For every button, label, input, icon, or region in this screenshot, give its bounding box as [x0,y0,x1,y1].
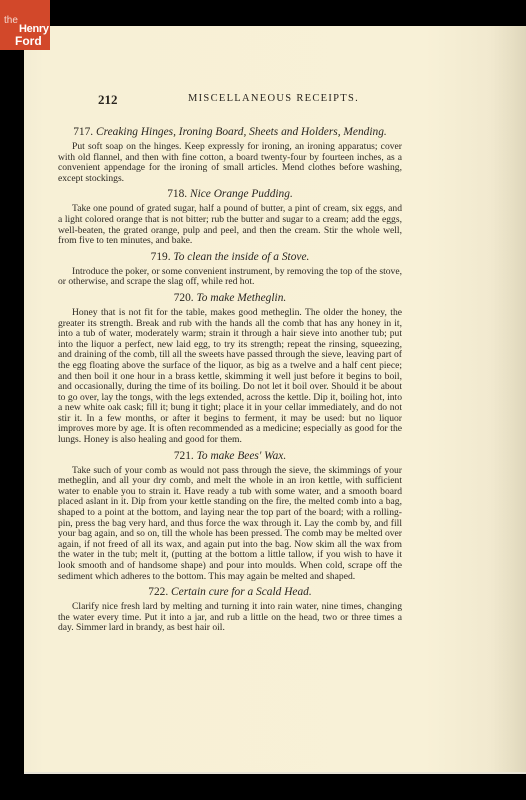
recipe-721: 721. To make Bees' Wax. Take such of you… [58,450,402,583]
henry-ford-logo: the Henry Ford [0,0,50,50]
recipe-720: 720. To make Metheglin. Honey that is no… [58,292,402,446]
page-bottom-edge [24,772,526,774]
page-number: 212 [98,92,118,108]
recipe-722: 722. Certain cure for a Scald Head. Clar… [58,586,402,634]
page-content: 717. Creaking Hinges, Ironing Board, She… [58,122,402,638]
running-head-title: MISCELLANEOUS RECEIPTS. [188,93,359,104]
recipe-heading: 721. To make Bees' Wax. [58,450,402,463]
logo-ford: Ford [15,35,42,47]
recipe-body: Honey that is not fit for the table, mak… [58,308,402,446]
logo-the: the [4,16,18,26]
recipe-body: Take such of your comb as would not pass… [58,466,402,583]
recipe-body: Take one pound of grated sugar, half a p… [58,204,402,246]
recipe-heading: 719. To clean the inside of a Stove. [58,251,402,264]
recipe-heading: 717. Creaking Hinges, Ironing Board, She… [58,126,402,139]
recipe-heading: 718. Nice Orange Pudding. [58,188,402,201]
book-page: 212 MISCELLANEOUS RECEIPTS. 717. Creakin… [24,26,526,774]
recipe-heading: 722. Certain cure for a Scald Head. [58,586,402,599]
recipe-body: Clarify nice fresh lard by melting and t… [58,602,402,634]
recipe-body: Put soft soap on the hinges. Keep expres… [58,142,402,184]
recipe-717: 717. Creaking Hinges, Ironing Board, She… [58,126,402,184]
recipe-heading: 720. To make Metheglin. [58,292,402,305]
recipe-719: 719. To clean the inside of a Stove. Int… [58,251,402,288]
recipe-718: 718. Nice Orange Pudding. Take one pound… [58,188,402,246]
recipe-body: Introduce the poker, or some convenient … [58,267,402,288]
